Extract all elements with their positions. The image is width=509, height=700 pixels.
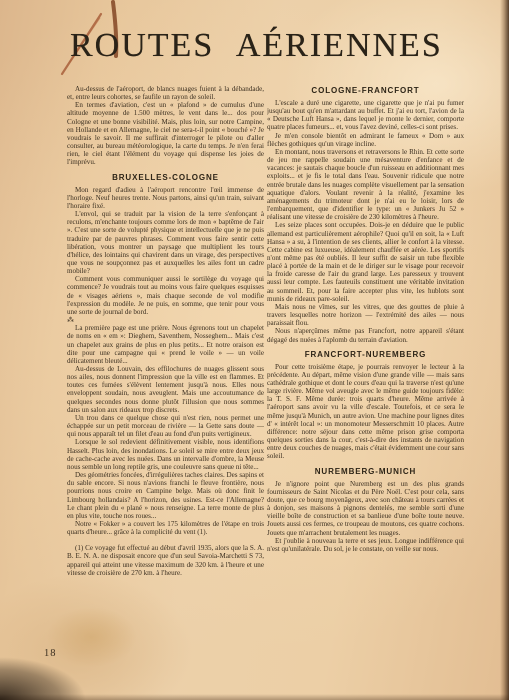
paragraph: L'envol, qui se traduit par la vision de… (67, 210, 264, 275)
paragraph: Lorsque le sol redevient définitivement … (67, 438, 264, 471)
paragraph: Mon regard d'adieu à l'aéroport rencontr… (67, 186, 264, 210)
paragraph: Et j'oublie à nouveau la terre et ses je… (267, 537, 464, 553)
paragraph: Mais nous ne vîmes, sur les vitres, que … (267, 303, 464, 327)
corner-shadow (0, 630, 120, 700)
section-heading-nuremberg-munich: NUREMBERG-MUNICH (267, 467, 464, 476)
paragraph: L'escale a duré une cigarette, une cigar… (267, 99, 464, 132)
page-title: ROUTES AÉRIENNES (70, 27, 470, 65)
scanned-magazine-page: ROUTES AÉRIENNES Au-dessus de l'aéroport… (0, 0, 509, 700)
footnote: (1) Ce voyage fut effectué au début d'av… (67, 544, 264, 577)
paragraph: Nous n'aperçûmes même pas Francfort, not… (267, 327, 464, 343)
paragraph: Comment vous communiquer aussi le sortil… (67, 275, 264, 316)
paragraph: Au-dessus de Louvain, des effilochures d… (67, 365, 264, 414)
paragraph: Notre « Fokker » a couvert les 175 kilom… (67, 520, 264, 536)
asterism-separator: ⁂ (67, 316, 264, 324)
paragraph: Les seize places sont occupées. Dois-je … (267, 221, 464, 303)
paragraph: Je m'en console bientôt en admirant le f… (267, 132, 464, 148)
right-column: COLOGNE-FRANCFORT L'escale a duré une ci… (267, 85, 464, 661)
paragraph: Pour cette troisième étape, je pourrais … (267, 363, 464, 461)
paragraph: En termes d'aviation, c'est un « plafond… (67, 101, 264, 166)
page-edge-shadow (500, 0, 509, 700)
paragraph: Des géométries foncées, d'irrégulières t… (67, 471, 264, 520)
paragraph: Au-dessus de l'aéroport, de blancs nuage… (67, 85, 264, 101)
paragraph: La première page est une prière. Nous ég… (67, 324, 264, 365)
section-heading-francfort-nuremberg: FRANCFORT-NUREMBERG (267, 350, 464, 359)
section-heading-cologne-francfort: COLOGNE-FRANCFORT (267, 86, 464, 95)
paragraph: Je n'ignore point que Nuremberg est un d… (267, 480, 464, 537)
section-heading-bruxelles-cologne: BRUXELLES-COLOGNE (67, 173, 264, 182)
paragraph: Un trou dans ce quelque chose qui n'est … (67, 414, 264, 438)
paragraph: En montant, nous traversons et retravers… (267, 148, 464, 221)
left-column: Au-dessus de l'aéroport, de blancs nuage… (67, 85, 264, 661)
